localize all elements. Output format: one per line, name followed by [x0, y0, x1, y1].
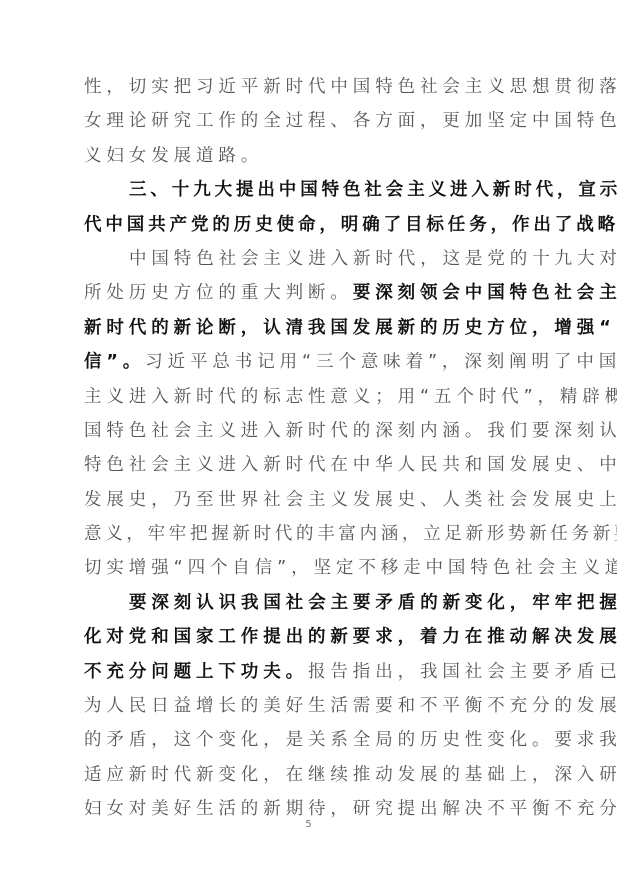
bold-text-run: 化对党和国家工作提出的新要求，着力在推动解决发展不平衡 [84, 627, 617, 647]
text-run: 国特色社会主义进入新时代的深刻内涵。我们要深刻认识中国 [84, 421, 617, 441]
heading-run: 代中国共产党的历史使命，明确了目标任务，作出了战略部署 [84, 215, 617, 235]
text-run: 妇女对美好生活的新期待，研究提出解决不平衡不充分发展的 [84, 799, 617, 819]
text-line: 切实增强“四个自信”，坚定不移走中国特色社会主义道路。 [84, 551, 536, 585]
text-line: 的矛盾，这个变化，是关系全局的历史性变化。要求我们主动 [84, 723, 536, 757]
text-run: 习近平总书记用“三个意味着”，深刻阐明了中国特色社会 [145, 352, 617, 372]
bold-text-run: 新时代的新论断，认清我国发展新的历史方位，增强“四个自 [84, 318, 617, 338]
text-run: 报告指出，我国社会主要矛盾已经转化 [308, 662, 617, 682]
text-run: 中国特色社会主义进入新时代，这是党的十九大对我们党 [129, 249, 617, 269]
section-heading: 三、十九大提出中国特色社会主义进入新时代，宣示新时 [84, 173, 536, 207]
text-line: 女理论研究工作的全过程、各方面，更加坚定中国特色社会主 [84, 104, 536, 138]
text-line: 适应新时代新变化，在继续推动发展的基础上，深入研究广大 [84, 758, 536, 792]
text-run: 的矛盾，这个变化，是关系全局的历史性变化。要求我们主动 [84, 730, 617, 750]
text-line: 为人民日益增长的美好生活需要和不平衡不充分的发展之间 [84, 689, 536, 723]
text-line: 主义进入新时代的标志性意义；用“五个时代”，精辟概括了中 [84, 380, 536, 414]
text-line: 信”。习近平总书记用“三个意味着”，深刻阐明了中国特色社会 [84, 345, 536, 379]
text-run: 所处历史方位的重大判断。 [84, 283, 353, 303]
bold-text-run: 要深刻认识我国社会主要矛盾的新变化，牢牢把握这一变 [129, 593, 617, 613]
text-run: 意义，牢牢把握新时代的丰富内涵，立足新形势新任务新要求， [84, 524, 617, 544]
bold-text-run: 不充分问题上下功夫。 [84, 662, 308, 682]
body-text: 性，切实把习近平新时代中国特色社会主义思想贯彻落实到妇 女理论研究工作的全过程、… [84, 70, 536, 827]
text-run: 发展史，乃至世界社会主义发展史、人类社会发展史上的重大 [84, 490, 617, 510]
text-run: 主义进入新时代的标志性意义；用“五个时代”，精辟概括了中 [84, 387, 617, 407]
text-run: 特色社会主义进入新时代在中华人民共和国发展史、中华民族 [84, 455, 617, 475]
text-line: 国特色社会主义进入新时代的深刻内涵。我们要深刻认识中国 [84, 414, 536, 448]
text-run: 适应新时代新变化，在继续推动发展的基础上，深入研究广大 [84, 765, 617, 785]
text-line: 要深刻认识我国社会主要矛盾的新变化，牢牢把握这一变 [84, 586, 536, 620]
text-run: 性，切实把习近平新时代中国特色社会主义思想贯彻落实到妇 [84, 77, 617, 97]
text-line: 意义，牢牢把握新时代的丰富内涵，立足新形势新任务新要求， [84, 517, 536, 551]
text-line: 化对党和国家工作提出的新要求，着力在推动解决发展不平衡 [84, 620, 536, 654]
page-number: 5 [0, 819, 617, 830]
text-line: 不充分问题上下功夫。报告指出，我国社会主要矛盾已经转化 [84, 655, 536, 689]
text-run: 义妇女发展道路。 [84, 146, 263, 166]
bold-text-run: 信”。 [84, 352, 145, 372]
heading-run: 三、十九大提出中国特色社会主义进入新时代，宣示新时 [129, 180, 617, 200]
document-page: 性，切实把习近平新时代中国特色社会主义思想贯彻落实到妇 女理论研究工作的全过程、… [0, 0, 617, 884]
text-line: 特色社会主义进入新时代在中华人民共和国发展史、中华民族 [84, 448, 536, 482]
text-line: 性，切实把习近平新时代中国特色社会主义思想贯彻落实到妇 [84, 70, 536, 104]
text-run: 为人民日益增长的美好生活需要和不平衡不充分的发展之间 [84, 696, 617, 716]
text-line: 中国特色社会主义进入新时代，这是党的十九大对我们党 [84, 242, 536, 276]
text-line: 义妇女发展道路。 [84, 139, 536, 173]
text-line: 发展史，乃至世界社会主义发展史、人类社会发展史上的重大 [84, 483, 536, 517]
text-run: 切实增强“四个自信”，坚定不移走中国特色社会主义道路。 [84, 558, 617, 578]
text-line: 新时代的新论断，认清我国发展新的历史方位，增强“四个自 [84, 311, 536, 345]
text-run: 女理论研究工作的全过程、各方面，更加坚定中国特色社会主 [84, 111, 617, 131]
bold-text-run: 要深刻领会中国特色社会主义进入 [353, 283, 617, 303]
section-heading: 代中国共产党的历史使命，明确了目标任务，作出了战略部署 [84, 208, 536, 242]
text-line: 所处历史方位的重大判断。要深刻领会中国特色社会主义进入 [84, 276, 536, 310]
